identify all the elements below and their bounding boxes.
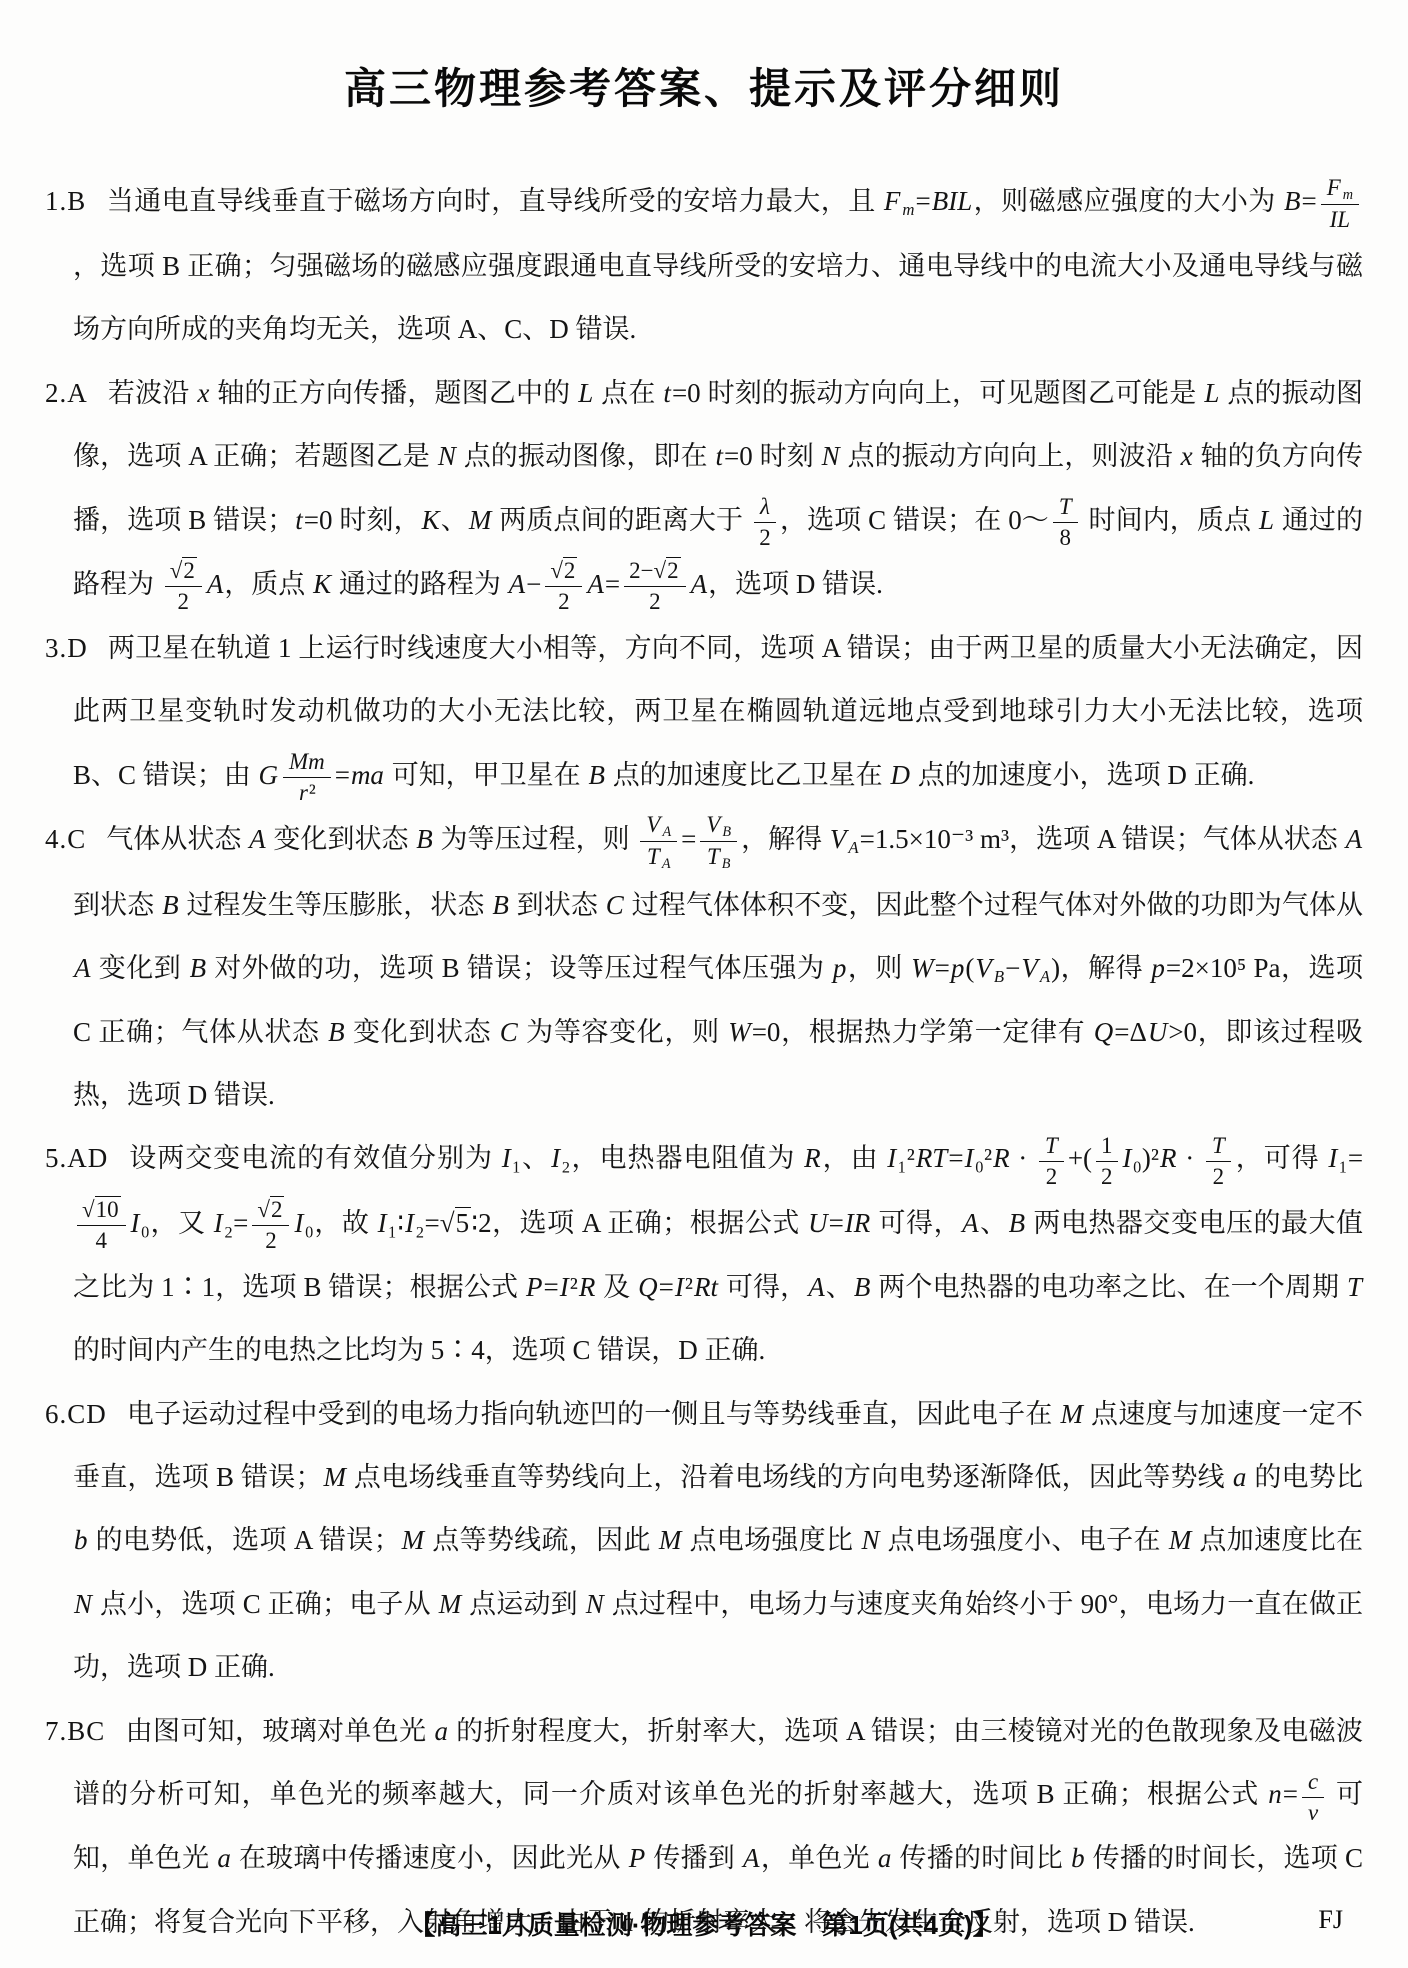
math-fraction: √22 bbox=[252, 1195, 289, 1256]
math-variable: T bbox=[1058, 494, 1073, 519]
math-numerator: √2 bbox=[252, 1195, 289, 1226]
math-fraction: 2−√22 bbox=[624, 556, 685, 617]
math-subscript: A bbox=[662, 856, 671, 872]
math-subscript: A bbox=[848, 838, 858, 857]
math-variable: B bbox=[415, 824, 434, 854]
math-variable: P bbox=[628, 1843, 647, 1873]
math-variable: T bbox=[706, 844, 721, 869]
math-variable: B bbox=[1008, 1208, 1027, 1238]
math-fraction: λ2 bbox=[754, 492, 776, 553]
math-sqrt: √10 bbox=[82, 1197, 121, 1222]
math-denominator: 2 bbox=[553, 587, 574, 617]
math-variable: B bbox=[853, 1272, 872, 1302]
math-variable: P bbox=[525, 1272, 544, 1302]
math-sqrt: √2 bbox=[257, 1197, 284, 1222]
math-variable: R bbox=[803, 1143, 822, 1173]
math-variable: I bbox=[1122, 1143, 1133, 1173]
math-variable: T bbox=[646, 844, 661, 869]
math-variable: t bbox=[715, 441, 725, 471]
math-variable: G bbox=[258, 760, 280, 790]
math-variable: B bbox=[161, 890, 180, 920]
math-numerator: Mm bbox=[283, 747, 331, 778]
math-variable: W bbox=[727, 1017, 752, 1047]
math-numerator: λ bbox=[754, 492, 776, 523]
math-sqrt: √2 bbox=[654, 558, 681, 583]
math-variable: L bbox=[1258, 505, 1275, 535]
math-fraction: √104 bbox=[77, 1195, 126, 1256]
math-variable: V bbox=[645, 812, 661, 837]
math-numerator: T bbox=[1039, 1131, 1064, 1162]
math-variable: I bbox=[130, 1208, 141, 1238]
math-variable: N bbox=[585, 1589, 605, 1619]
math-numerator: c bbox=[1302, 1767, 1324, 1798]
answer-number: 4.C bbox=[45, 824, 86, 854]
math-sqrt: √2 bbox=[550, 558, 577, 583]
math-variable: A bbox=[807, 1272, 826, 1302]
math-denominator: 2 bbox=[1041, 1162, 1062, 1192]
math-fraction: T2 bbox=[1039, 1131, 1064, 1192]
math-fraction: T2 bbox=[1206, 1131, 1231, 1192]
math-variable: λ bbox=[759, 494, 771, 519]
math-numerator: T bbox=[1206, 1131, 1231, 1162]
math-variable: A bbox=[690, 569, 709, 599]
math-variable: N bbox=[73, 1589, 93, 1619]
math-radicand: 2 bbox=[270, 1196, 284, 1222]
math-variable: b bbox=[73, 1525, 89, 1555]
math-variable: a bbox=[216, 1843, 232, 1873]
math-denominator: v bbox=[1302, 1798, 1324, 1828]
math-radicand: 2 bbox=[182, 557, 196, 583]
math-variable: I bbox=[550, 1143, 561, 1173]
answer-number: 3.D bbox=[45, 633, 88, 663]
math-variable: p bbox=[1150, 953, 1166, 983]
math-variable: N bbox=[437, 441, 457, 471]
math-variable: BIL bbox=[931, 186, 974, 216]
math-variable: I bbox=[501, 1143, 512, 1173]
math-variable: B bbox=[491, 890, 510, 920]
math-denominator: 4 bbox=[91, 1226, 112, 1256]
math-variable: R bbox=[578, 1272, 597, 1302]
math-variable: T bbox=[1211, 1133, 1226, 1158]
math-variable: N bbox=[821, 441, 841, 471]
math-denominator: 2 bbox=[754, 523, 775, 553]
math-variable: A bbox=[206, 569, 225, 599]
math-numerator: 2−√2 bbox=[624, 556, 685, 587]
math-variable: Q bbox=[637, 1272, 659, 1302]
answer-list: 1.B当通电直导线垂直于磁场方向时，直导线所受的安培力最大，且 Fm=BIL，则… bbox=[45, 170, 1363, 1954]
math-variable: v bbox=[1307, 1800, 1319, 1825]
math-fraction: √22 bbox=[165, 556, 202, 617]
math-variable: M bbox=[1060, 1399, 1085, 1429]
math-variable: Q bbox=[1093, 1017, 1115, 1047]
math-variable: M bbox=[1168, 1525, 1193, 1555]
math-variable: RT bbox=[915, 1143, 949, 1173]
math-variable: M bbox=[468, 505, 493, 535]
math-variable: Rt bbox=[693, 1272, 719, 1302]
math-variable: IL bbox=[1329, 207, 1351, 232]
math-denominator: 2 bbox=[644, 587, 665, 617]
math-subscript: B bbox=[722, 824, 731, 840]
math-subscript: m bbox=[902, 200, 914, 219]
math-variable: B bbox=[327, 1017, 346, 1047]
math-denominator: 2 bbox=[1208, 1162, 1229, 1192]
math-variable: M bbox=[438, 1589, 463, 1619]
math-variable: U bbox=[807, 1208, 829, 1238]
math-variable: B bbox=[1283, 186, 1302, 216]
math-variable: ma bbox=[350, 760, 385, 790]
math-variable: b bbox=[1070, 1843, 1086, 1873]
math-numerator: T bbox=[1053, 492, 1078, 523]
math-variable: c bbox=[1307, 1769, 1319, 1794]
answer-item: 1.B当通电直导线垂直于磁场方向时，直导线所受的安培力最大，且 Fm=BIL，则… bbox=[45, 170, 1363, 362]
math-variable: K bbox=[421, 505, 441, 535]
math-radicand: 2 bbox=[563, 557, 577, 583]
math-variable: t bbox=[294, 505, 304, 535]
math-variable: I bbox=[404, 1208, 415, 1238]
math-radicand: 10 bbox=[95, 1196, 121, 1222]
math-variable: IR bbox=[844, 1208, 871, 1238]
math-variable: B bbox=[587, 760, 606, 790]
math-numerator: √2 bbox=[165, 556, 202, 587]
math-variable: U bbox=[1147, 1017, 1169, 1047]
math-fraction: Mmr² bbox=[283, 747, 331, 808]
math-variable: N bbox=[860, 1525, 880, 1555]
math-variable: R bbox=[992, 1143, 1011, 1173]
math-fraction: VATA bbox=[640, 810, 677, 874]
math-variable: C bbox=[605, 890, 625, 920]
math-denominator: 8 bbox=[1055, 523, 1076, 553]
answer-number: 7.BC bbox=[45, 1716, 105, 1746]
math-variable: a bbox=[877, 1843, 893, 1873]
math-variable: p bbox=[832, 953, 848, 983]
math-sqrt: √2 bbox=[170, 558, 197, 583]
math-variable: M bbox=[658, 1525, 683, 1555]
answer-number: 5.AD bbox=[45, 1143, 108, 1173]
math-fraction: cv bbox=[1302, 1767, 1324, 1828]
answer-number: 2.A bbox=[45, 378, 88, 408]
math-variable: p bbox=[950, 953, 966, 983]
math-variable: I bbox=[293, 1208, 304, 1238]
answer-item: 4.C气体从状态 A 变化到状态 B 为等压过程，则 VATA=VBTB，解得 … bbox=[45, 808, 1363, 1128]
math-variable: A bbox=[961, 1208, 980, 1238]
math-variable: Mm bbox=[288, 749, 326, 774]
answer-number: 1.B bbox=[45, 186, 86, 216]
math-variable: n bbox=[1267, 1779, 1283, 1809]
math-variable: I bbox=[559, 1272, 570, 1302]
math-denominator: 2 bbox=[260, 1226, 281, 1256]
math-variable: A bbox=[73, 953, 92, 983]
math-numerator: Fm bbox=[1321, 173, 1359, 205]
math-variable: I bbox=[674, 1272, 685, 1302]
math-denominator: r² bbox=[293, 778, 321, 808]
math-denominator: TB bbox=[701, 842, 736, 873]
answer-item: 2.A若波沿 x 轴的正方向传播，题图乙中的 L 点在 t=0 时刻的振动方向向… bbox=[45, 362, 1363, 617]
math-denominator: 2 bbox=[173, 587, 194, 617]
math-radicand: 2 bbox=[666, 557, 680, 583]
math-variable: V bbox=[829, 824, 848, 854]
document-page: 高三物理参考答案、提示及评分细则 1.B当通电直导线垂直于磁场方向时，直导线所受… bbox=[0, 0, 1408, 1968]
footer-text: 【高三1月质量检测·物理参考答案 第1页(共4页)】 bbox=[409, 1910, 998, 1940]
math-variable: F bbox=[883, 186, 902, 216]
math-subscript: A bbox=[662, 824, 671, 840]
math-variable: D bbox=[889, 760, 911, 790]
math-variable: x bbox=[1180, 441, 1194, 471]
math-variable: M bbox=[401, 1525, 426, 1555]
math-variable: a bbox=[1232, 1462, 1248, 1492]
math-variable: I bbox=[1327, 1143, 1338, 1173]
math-fraction: √22 bbox=[545, 556, 582, 617]
math-variable: A bbox=[248, 824, 267, 854]
math-variable: I bbox=[377, 1208, 388, 1238]
math-subscript: A bbox=[1040, 967, 1050, 986]
math-denominator: 2 bbox=[1096, 1162, 1117, 1192]
math-subscript: B bbox=[994, 967, 1004, 986]
math-fraction: FmIL bbox=[1321, 173, 1359, 235]
page-footer: 【高三1月质量检测·物理参考答案 第1页(共4页)】 FJ bbox=[45, 1905, 1363, 1942]
math-variable: A bbox=[508, 569, 527, 599]
math-variable: I bbox=[964, 1143, 975, 1173]
math-variable: A bbox=[586, 569, 605, 599]
math-variable: R bbox=[1159, 1143, 1178, 1173]
math-variable: a bbox=[434, 1716, 450, 1746]
math-variable: K bbox=[312, 569, 332, 599]
math-numerator: √10 bbox=[77, 1195, 126, 1226]
math-sqrt: √5 bbox=[440, 1208, 471, 1238]
math-variable: t bbox=[662, 378, 672, 408]
answer-item: 6.CD电子运动过程中受到的电场力指向轨迹凹的一侧且与等势线垂直，因此电子在 M… bbox=[45, 1383, 1363, 1700]
math-variable: L bbox=[577, 378, 594, 408]
math-variable: A bbox=[742, 1843, 761, 1873]
math-variable: T bbox=[1346, 1272, 1363, 1302]
math-variable: V bbox=[1020, 953, 1039, 983]
math-variable: F bbox=[1326, 175, 1342, 200]
math-variable: B bbox=[189, 953, 208, 983]
math-denominator: IL bbox=[1324, 205, 1356, 235]
math-variable: L bbox=[1203, 378, 1220, 408]
math-fraction: VBTB bbox=[700, 810, 737, 874]
math-variable: I bbox=[213, 1208, 224, 1238]
math-fraction: T8 bbox=[1053, 492, 1078, 553]
math-fraction: 12 bbox=[1096, 1131, 1117, 1192]
math-denominator: TA bbox=[641, 842, 676, 873]
math-variable: A bbox=[1345, 824, 1364, 854]
math-variable: T bbox=[1044, 1133, 1059, 1158]
math-variable: M bbox=[322, 1462, 347, 1492]
footer-code: FJ bbox=[1318, 1905, 1343, 1935]
math-radicand: 5 bbox=[455, 1207, 472, 1237]
math-numerator: 1 bbox=[1096, 1131, 1117, 1162]
math-variable: C bbox=[499, 1017, 519, 1047]
math-numerator: VA bbox=[640, 810, 677, 842]
answer-item: 5.AD设两交变电流的有效值分别为 I₁、I₂，电热器电阻值为 R，由 I₁²R… bbox=[45, 1127, 1363, 1382]
math-subscript: B bbox=[722, 856, 731, 872]
math-subscript: m bbox=[1343, 187, 1353, 203]
math-variable: x bbox=[196, 378, 210, 408]
math-variable: I bbox=[886, 1143, 897, 1173]
math-variable: r bbox=[298, 780, 309, 805]
math-numerator: √2 bbox=[545, 556, 582, 587]
answer-number: 6.CD bbox=[45, 1399, 107, 1429]
page-title: 高三物理参考答案、提示及评分细则 bbox=[45, 56, 1363, 116]
math-variable: V bbox=[974, 953, 993, 983]
math-numerator: VB bbox=[700, 810, 737, 842]
math-variable: V bbox=[705, 812, 721, 837]
answer-item: 3.D两卫星在轨道 1 上运行时线速度大小相等，方向不同，选项 A 错误；由于两… bbox=[45, 617, 1363, 808]
math-variable: W bbox=[910, 953, 935, 983]
